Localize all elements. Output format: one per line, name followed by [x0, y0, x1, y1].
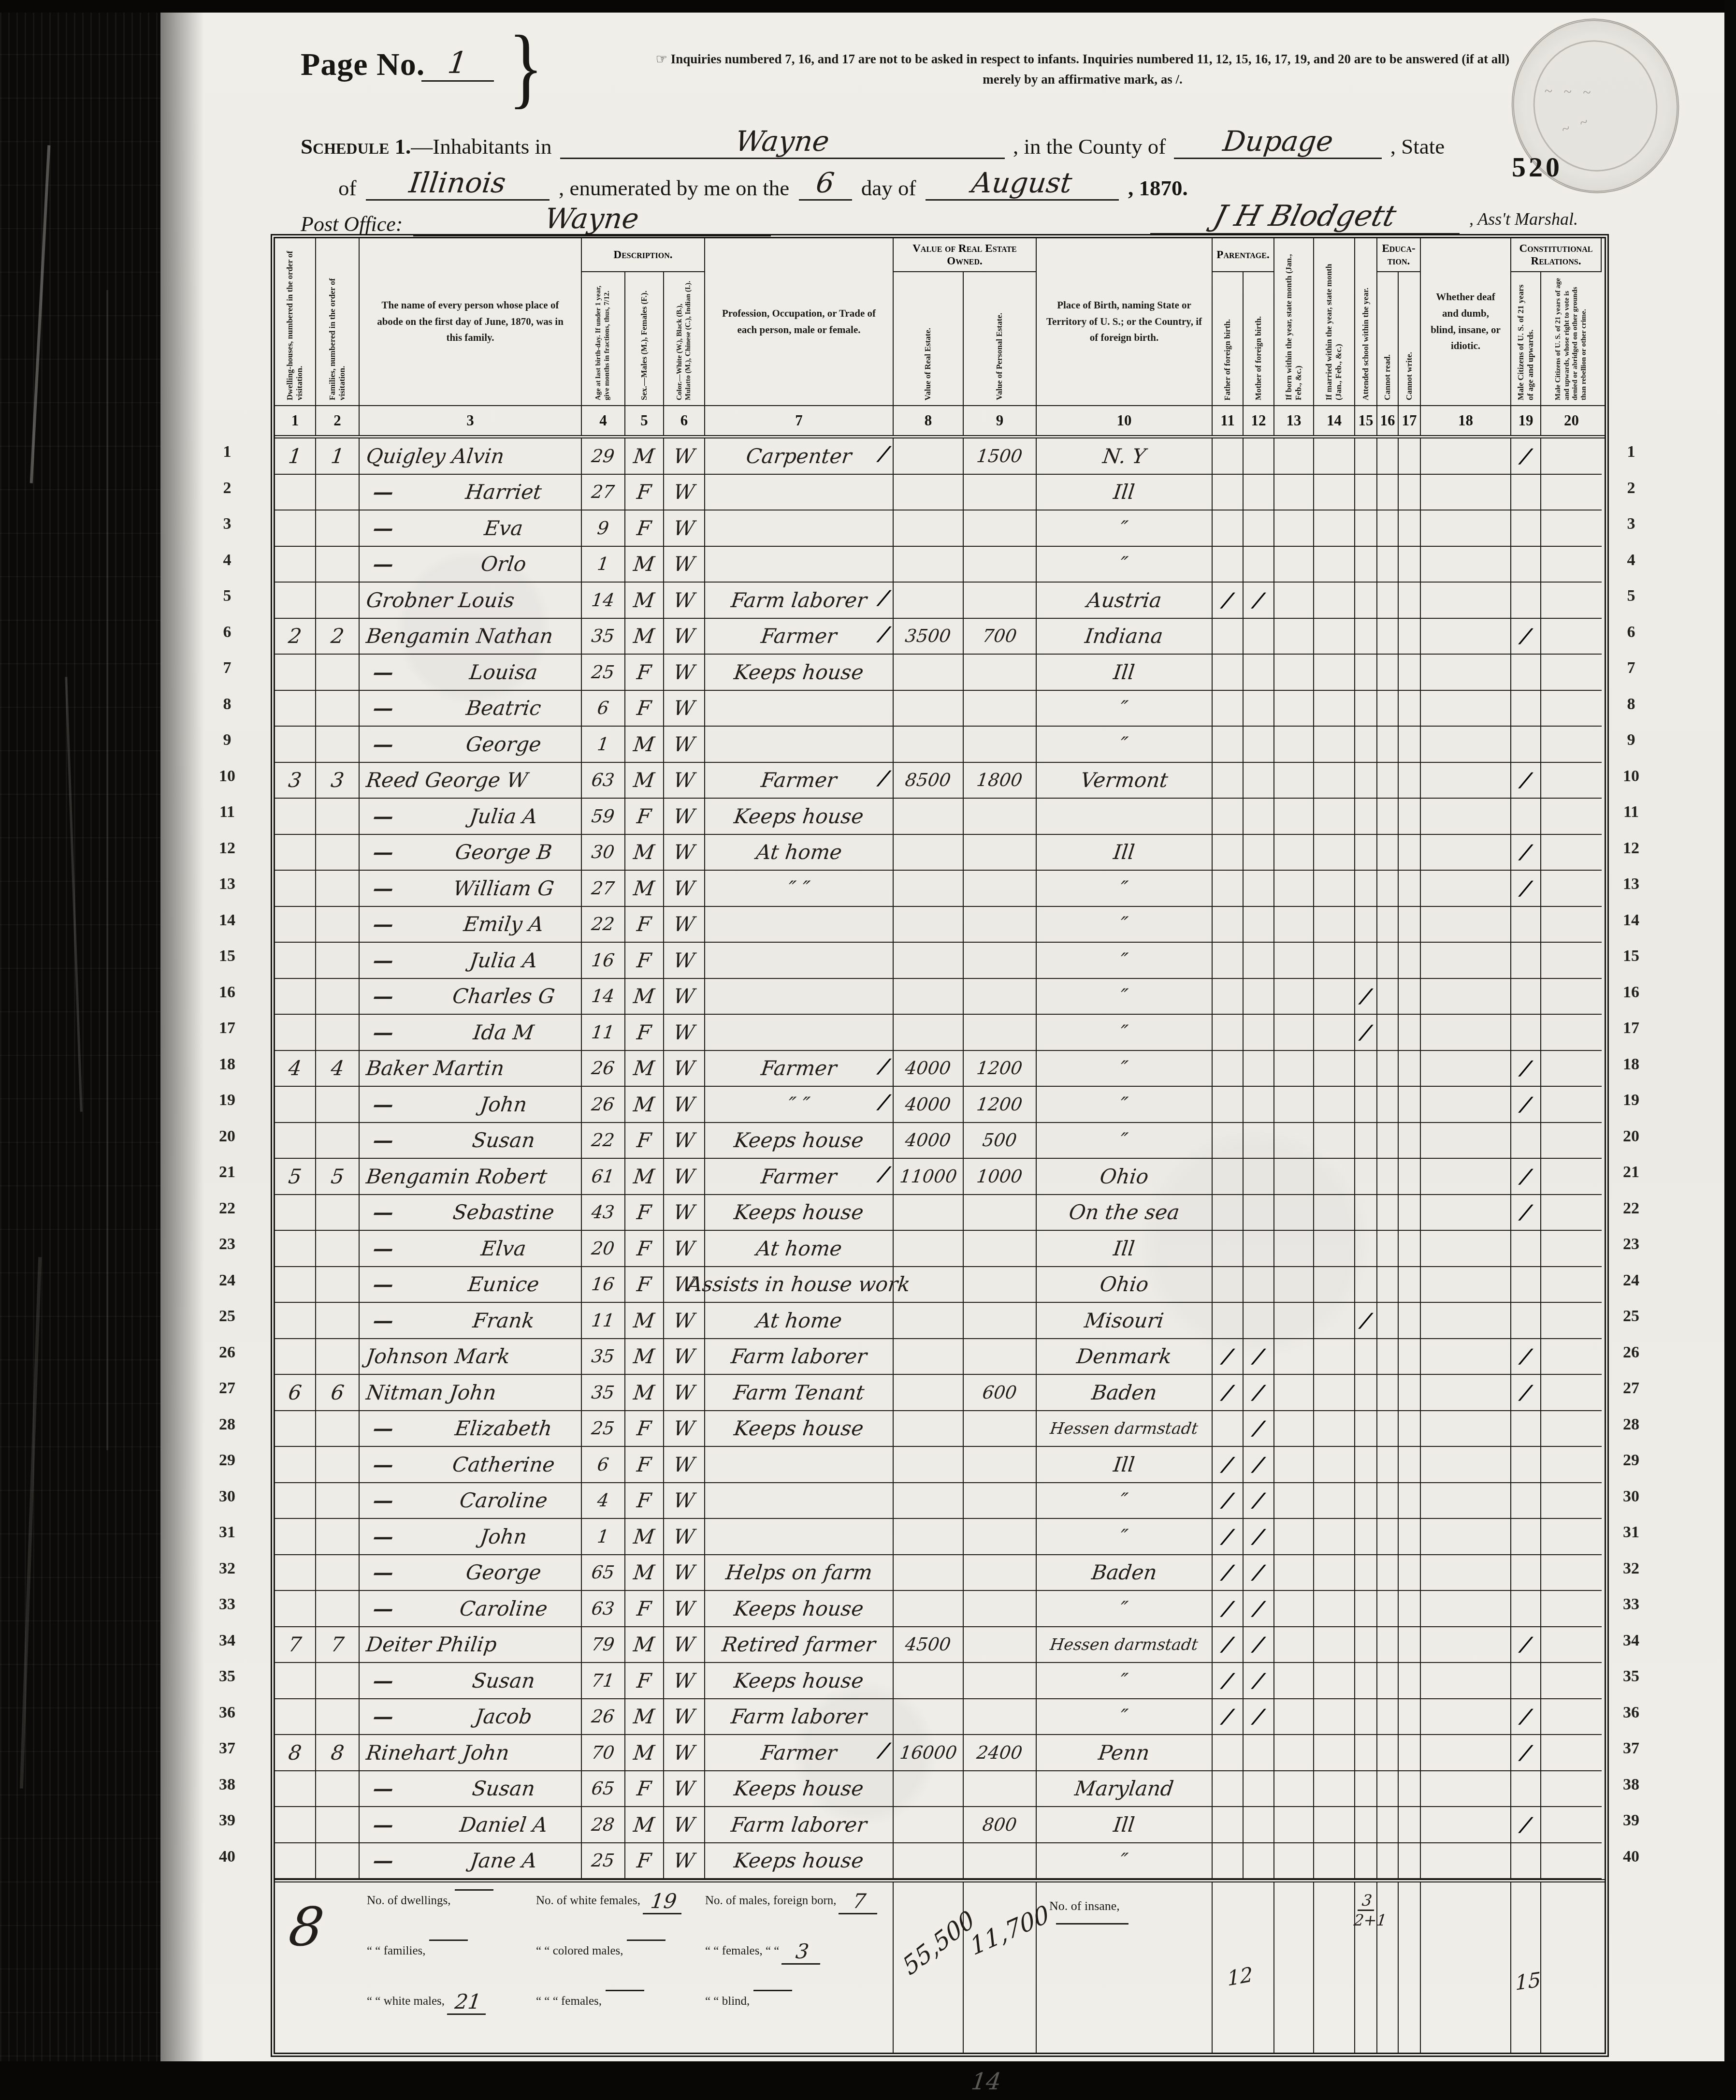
table-row: —Caroline4FW″// [275, 1483, 1605, 1519]
cell-mother-foreign [1244, 1303, 1274, 1339]
occupation-tick: / [877, 442, 892, 465]
cell-father-foreign-text: / [1220, 1381, 1235, 1404]
cell-birthplace-text: Indiana [1084, 624, 1164, 648]
cell-occupation-text: Keeps house [733, 1669, 865, 1692]
person-name: Elva [425, 1237, 582, 1260]
cell-name: —Elva [360, 1231, 582, 1267]
cell-sex: F [625, 1447, 664, 1483]
binding-scratch [106, 290, 108, 1450]
cell-male-citizen-denied [1541, 1123, 1602, 1159]
cell-deaf-dumb [1421, 619, 1511, 655]
cell-family [316, 1015, 360, 1051]
cell-mother-foreign: / [1244, 1663, 1274, 1699]
cell-cannot-read [1377, 1015, 1399, 1051]
cell-sex-text: F [636, 1416, 652, 1440]
cell-cannot-write [1399, 1123, 1421, 1159]
table-row: —Emily A22FW″ [275, 907, 1605, 943]
left-line-number: 21 [205, 1163, 249, 1181]
cell-attended-school [1355, 547, 1377, 583]
group-header: Value of Real Estate Owned. [894, 238, 1037, 272]
family-member-dash: — [365, 552, 428, 576]
left-line-number: 40 [205, 1848, 249, 1866]
cell-sex-text: F [636, 1272, 652, 1296]
footer-tally-item: No. of dwellings, [367, 1894, 536, 1944]
cell-mother-foreign [1244, 835, 1274, 871]
cell-attended-school [1355, 727, 1377, 763]
cell-real-estate [894, 1555, 964, 1591]
cell-male-citizen-denied [1541, 979, 1602, 1015]
person-name: Ida M [425, 1021, 582, 1044]
table-row: —Eunice16FWAssists in house workOhio [275, 1267, 1605, 1303]
cell-attended-school: / [1355, 979, 1377, 1015]
cell-male-citizen: / [1511, 1051, 1541, 1087]
cell-name: —Caroline [360, 1483, 582, 1519]
cell-color-text: W [672, 1021, 696, 1044]
cell-age-text: 35 [591, 1382, 616, 1403]
cell-age: 25 [582, 1411, 625, 1447]
occupation-tick: / [877, 1163, 892, 1185]
cell-age: 6 [582, 1447, 625, 1483]
cell-birthplace: Ill [1037, 655, 1213, 691]
cell-real-estate: 11000 [894, 1159, 964, 1195]
cell-dwelling [275, 655, 316, 691]
cell-cannot-read [1377, 475, 1399, 511]
footer-tallies: 8 No. of dwellings,No. of white females,… [275, 1882, 894, 2053]
cell-mother-foreign [1244, 1087, 1274, 1123]
table-row: 55Bengamin Robert61MWFarmer/110001000Ohi… [275, 1159, 1605, 1195]
cell-father-foreign [1213, 1231, 1244, 1267]
cell-attended-school [1355, 799, 1377, 835]
cell-married-month [1314, 1447, 1355, 1483]
cell-personal-estate [964, 475, 1037, 511]
cell-occupation [705, 691, 894, 727]
cell-attended-school [1355, 1807, 1377, 1843]
cell-real-estate-text: 4000 [904, 1094, 952, 1115]
cell-mother-foreign [1244, 1771, 1274, 1808]
table-body: 11Quigley Alvin29MWCarpenter/1500N. Y/—H… [275, 438, 1605, 1879]
family-member-dash: — [365, 1813, 428, 1837]
cell-married-month [1314, 1231, 1355, 1267]
note-line2: merely by an affirmative mark, as /. [983, 72, 1182, 87]
column-header-8: Value of Real Estate. [894, 272, 964, 405]
cell-mother-foreign [1244, 1267, 1274, 1303]
cell-birthplace-text: Ohio [1099, 1165, 1150, 1188]
cell-color-text: W [672, 1093, 696, 1116]
cell-occupation-text: Farmer [760, 1165, 838, 1188]
cell-name: Grobner Louis [360, 583, 582, 619]
occupation-tick: / [877, 1055, 892, 1078]
cell-cannot-write [1399, 1699, 1421, 1735]
page-no-value: 1 [446, 45, 469, 80]
footer-tally-item: “ “ “ females, [536, 1995, 705, 2045]
cell-attended-school [1355, 691, 1377, 727]
cell-age: 35 [582, 1339, 625, 1375]
cell-cannot-write [1399, 619, 1421, 655]
cell-occupation-text: Keeps house [733, 1597, 865, 1620]
cell-color: W [664, 907, 705, 943]
cell-occupation: At home [705, 1303, 894, 1339]
footer-tally-label: “ “ white males, [367, 1995, 445, 2008]
cell-father-foreign [1213, 1735, 1244, 1771]
family-member-dash: — [365, 696, 428, 720]
cell-occupation-text: Farmer [760, 768, 838, 792]
cell-name: —Caroline [360, 1591, 582, 1627]
cell-male-citizen-text: / [1519, 1057, 1533, 1079]
cell-name: Deiter Philip [360, 1627, 582, 1663]
cell-deaf-dumb [1421, 1159, 1511, 1195]
cell-occupation [705, 475, 894, 511]
day-value: 6 [814, 166, 836, 199]
footer-tally-item: “ “ colored males, [536, 1944, 705, 1995]
cell-family [316, 1123, 360, 1159]
cell-color-text: W [672, 1813, 696, 1837]
cell-color: W [664, 1303, 705, 1339]
cell-sex-text: F [636, 1128, 652, 1152]
cell-birthplace: Ill [1037, 475, 1213, 511]
day-underline: 6 [799, 168, 852, 201]
cell-cannot-read [1377, 1123, 1399, 1159]
family-member-dash: — [365, 1525, 428, 1548]
person-name: Caroline [425, 1488, 582, 1512]
right-line-number: 19 [1609, 1091, 1653, 1109]
cell-real-estate [894, 438, 964, 475]
cell-sex: F [625, 1231, 664, 1267]
cell-occupation: Assists in house work [705, 1267, 894, 1303]
cell-color: W [664, 1051, 705, 1087]
cell-married-month [1314, 1267, 1355, 1303]
cell-deaf-dumb [1421, 1231, 1511, 1267]
cell-birthplace: Indiana [1037, 619, 1213, 655]
right-line-number: 22 [1609, 1199, 1653, 1218]
cell-mother-foreign-text: / [1251, 1489, 1266, 1512]
right-line-number: 36 [1609, 1704, 1653, 1722]
cell-dwelling [275, 1519, 316, 1555]
cell-color: W [664, 1807, 705, 1843]
cell-sex-text: M [632, 1344, 656, 1368]
cell-male-citizen [1511, 583, 1541, 619]
cell-male-citizen [1511, 1519, 1541, 1555]
table-row: Grobner Louis14MWFarm laborer/Austria// [275, 583, 1605, 619]
cell-occupation-text: Farm laborer [730, 588, 868, 612]
cell-father-foreign [1213, 1303, 1244, 1339]
table-row: 77Deiter Philip79MWRetired farmer4500Hes… [275, 1627, 1605, 1663]
cell-mother-foreign [1244, 907, 1274, 943]
cell-color-text: W [672, 1560, 696, 1584]
footer-cell-16 [1377, 1882, 1399, 2053]
cell-birthplace-text: ″ [1119, 984, 1129, 1008]
cell-male-citizen-denied [1541, 1411, 1602, 1447]
cell-occupation-text: ″ ″ [787, 876, 811, 900]
dayof-text: day of [861, 176, 916, 200]
right-line-number: 15 [1609, 947, 1653, 965]
cell-name: —Susan [360, 1663, 582, 1699]
table-row: —Frank11MWAt homeMisouri/ [275, 1303, 1605, 1339]
cell-age-text: 35 [591, 1346, 616, 1367]
cell-occupation: Farm laborer [705, 1339, 894, 1375]
cell-dwelling: 1 [275, 438, 316, 475]
scan-edge-right [1724, 0, 1736, 2100]
cell-birthplace-text: Ill [1112, 1813, 1136, 1837]
cell-cannot-write [1399, 835, 1421, 871]
cell-cannot-read [1377, 727, 1399, 763]
cell-real-estate [894, 1519, 964, 1555]
cell-male-citizen [1511, 1447, 1541, 1483]
cell-occupation: Farm laborer/ [705, 583, 894, 619]
column-number-12: 12 [1244, 406, 1274, 435]
column-number-3: 3 [360, 406, 582, 435]
cell-born-month [1274, 1195, 1314, 1231]
cell-personal-estate [964, 1699, 1037, 1735]
column-header-14: If married within the year, state month … [1314, 238, 1355, 405]
cell-cannot-write [1399, 1807, 1421, 1843]
cell-male-citizen-denied [1541, 871, 1602, 907]
person-name: Susan [425, 1777, 582, 1800]
cell-occupation [705, 943, 894, 979]
cell-occupation-text: Helps on farm [724, 1560, 874, 1584]
cell-real-estate-text: 11000 [898, 1166, 958, 1187]
cell-color-text: W [672, 1777, 696, 1800]
cell-age: 65 [582, 1555, 625, 1591]
footer-tally-label: “ “ females, “ “ [705, 1944, 779, 1958]
cell-real-estate-text: 16000 [898, 1742, 958, 1763]
person-name: Catherine [425, 1453, 582, 1476]
footer-tally-label: No. of white females, [536, 1894, 640, 1908]
cell-name: —John [360, 1519, 582, 1555]
person-name: Jane A [425, 1849, 582, 1872]
person-name: Beatric [425, 696, 582, 720]
cell-male-citizen: / [1511, 1735, 1541, 1771]
cell-birthplace-text: ″ [1119, 1056, 1129, 1080]
cell-born-month [1274, 619, 1314, 655]
cell-born-month [1274, 763, 1314, 799]
cell-personal-estate: 2400 [964, 1735, 1037, 1771]
cell-occupation [705, 1519, 894, 1555]
column-header-text: Cannot read. [1383, 354, 1392, 400]
cell-personal-estate [964, 1555, 1037, 1591]
signature-underline: J H Blodgett [1150, 191, 1460, 234]
cell-age-text: 16 [591, 1274, 616, 1295]
cell-personal-estate: 800 [964, 1807, 1037, 1843]
cell-age-text: 29 [591, 446, 616, 467]
cell-father-foreign [1213, 1411, 1244, 1447]
right-line-number: 17 [1609, 1019, 1653, 1037]
cell-male-citizen-denied [1541, 1339, 1602, 1375]
cell-born-month [1274, 1663, 1314, 1699]
cell-sex-text: M [632, 1056, 656, 1080]
cell-occupation: Farm laborer [705, 1807, 894, 1843]
cell-real-estate-text: 4500 [904, 1634, 952, 1655]
cell-birthplace: Baden [1037, 1375, 1213, 1411]
cell-deaf-dumb [1421, 1087, 1511, 1123]
cell-age: 26 [582, 1699, 625, 1735]
cell-cannot-write [1399, 1447, 1421, 1483]
cell-sex: F [625, 691, 664, 727]
person-name: Emily A [425, 912, 582, 936]
cell-occupation-text: Farm Tenant [732, 1381, 866, 1404]
cell-mother-foreign [1244, 438, 1274, 475]
cell-mother-foreign [1244, 619, 1274, 655]
cell-age-text: 61 [591, 1166, 616, 1187]
table-row: —Ida M11FW″/ [275, 1015, 1605, 1051]
cell-personal-estate [964, 727, 1037, 763]
cell-real-estate [894, 1339, 964, 1375]
cell-age-text: 11 [591, 1022, 616, 1043]
cell-male-citizen-text: / [1519, 625, 1533, 647]
cell-real-estate [894, 1447, 964, 1483]
left-line-number: 12 [205, 839, 249, 858]
cell-born-month [1274, 835, 1314, 871]
cell-family [316, 583, 360, 619]
cell-cannot-read [1377, 691, 1399, 727]
column-header-9: Value of Personal Estate. [964, 272, 1037, 405]
cell-cannot-write [1399, 1735, 1421, 1771]
post-office-label: Post Office: [301, 212, 403, 236]
cell-dwelling [275, 1699, 316, 1735]
cell-sex-text: F [636, 1488, 652, 1512]
cell-born-month [1274, 655, 1314, 691]
cell-cannot-read [1377, 438, 1399, 475]
cell-mother-foreign-text: / [1251, 1669, 1266, 1692]
footer-tally-value: 3 [781, 1940, 823, 1965]
cell-deaf-dumb [1421, 1483, 1511, 1519]
column-header-text: Male Citizens of U. S. of 21 years of ag… [1554, 277, 1589, 400]
cell-age: 1 [582, 547, 625, 583]
cell-attended-school [1355, 1087, 1377, 1123]
footer-tally-value [627, 1940, 665, 1941]
cell-personal-estate [964, 1231, 1037, 1267]
cell-birthplace [1037, 799, 1213, 835]
column-header-12: Mother of foreign birth. [1244, 272, 1274, 405]
cell-deaf-dumb [1421, 835, 1511, 871]
cell-sex: F [625, 1123, 664, 1159]
cell-born-month [1274, 691, 1314, 727]
footer-tally-value: 7 [839, 1889, 880, 1914]
cell-cannot-read [1377, 1771, 1399, 1808]
footer-cell-parentage: 12 [1213, 1882, 1274, 2053]
cell-male-citizen-text: / [1519, 769, 1533, 791]
right-line-number: 2 [1609, 479, 1653, 497]
footer-tally-item: No. of males, foreign born,7 [705, 1894, 889, 1944]
cell-male-citizen [1511, 907, 1541, 943]
left-line-number: 39 [205, 1811, 249, 1830]
table-row: —George65MWHelps on farmBaden// [275, 1555, 1605, 1591]
cell-father-foreign: / [1213, 1699, 1244, 1735]
cell-name: —Emily A [360, 907, 582, 943]
cell-father-foreign: / [1213, 1483, 1244, 1519]
cell-married-month [1314, 1663, 1355, 1699]
cell-cannot-write [1399, 438, 1421, 475]
cell-attended-school-text: / [1359, 1021, 1373, 1044]
cell-deaf-dumb [1421, 943, 1511, 979]
table-row: 44Baker Martin26MWFarmer/40001200″/ [275, 1051, 1605, 1087]
cell-birthplace: Penn [1037, 1735, 1213, 1771]
cell-married-month [1314, 1735, 1355, 1771]
cell-mother-foreign [1244, 1051, 1274, 1087]
column-header-text: Families, numbered in the order of visit… [328, 243, 347, 400]
right-line-number: 32 [1609, 1560, 1653, 1578]
cell-sex-text: M [632, 1741, 656, 1765]
cell-occupation-text: Keeps house [733, 1128, 865, 1152]
cell-occupation-text: Farmer [760, 624, 838, 648]
cell-dwelling-text: 6 [287, 1381, 303, 1404]
cell-male-citizen-denied [1541, 1519, 1602, 1555]
cell-color: W [664, 799, 705, 835]
cell-occupation-text: Keeps house [733, 804, 865, 828]
column-header-text: If married within the year, state month … [1324, 243, 1344, 400]
cell-sex: M [625, 1339, 664, 1375]
left-line-number: 9 [205, 731, 249, 749]
cell-mother-foreign [1244, 1123, 1274, 1159]
cell-male-citizen-text: / [1519, 1381, 1533, 1404]
cell-family: 4 [316, 1051, 360, 1087]
footer-margin-number: 8 [286, 1896, 327, 1958]
person-name: Susan [425, 1669, 582, 1692]
cell-male-citizen [1511, 1015, 1541, 1051]
cell-occupation: Keeps house [705, 1663, 894, 1699]
cell-occupation [705, 727, 894, 763]
cell-birthplace-text: ″ [1119, 732, 1129, 756]
cell-real-estate [894, 1771, 964, 1808]
cell-dwelling [275, 1231, 316, 1267]
cell-age: 26 [582, 1087, 625, 1123]
cell-color-text: W [672, 1416, 696, 1440]
column-number-4: 4 [582, 406, 625, 435]
cell-birthplace-text: Ill [1112, 840, 1136, 864]
column-header-6: Color.—White (W.), Black (B.), Mulatto (… [664, 272, 705, 405]
cell-married-month [1314, 1015, 1355, 1051]
cell-occupation: Farmer/ [705, 1735, 894, 1771]
school-total-top: 3 [1358, 1891, 1376, 1911]
footer-tally-label: “ “ colored males, [536, 1944, 623, 1958]
cell-married-month [1314, 1843, 1355, 1880]
cell-deaf-dumb [1421, 1123, 1511, 1159]
cell-color: W [664, 475, 705, 511]
cell-age: 25 [582, 1843, 625, 1880]
cell-male-citizen [1511, 475, 1541, 511]
column-header-18: Whether deaf and dumb, blind, insane, or… [1421, 238, 1511, 405]
cell-dwelling: 8 [275, 1735, 316, 1771]
cell-married-month [1314, 1699, 1355, 1735]
cell-personal-estate: 1000 [964, 1159, 1037, 1195]
cell-color: W [664, 1591, 705, 1627]
cell-male-citizen-denied [1541, 1015, 1602, 1051]
table-row: —Eva9FW″ [275, 510, 1605, 547]
right-line-number: 12 [1609, 839, 1653, 858]
cell-attended-school: / [1355, 1015, 1377, 1051]
group-header: Parentage. [1213, 238, 1274, 272]
school-total-detail: 2+1 [1353, 1911, 1376, 1929]
column-header-text: Color.—White (W.), Black (B.), Mulatto (… [676, 277, 693, 400]
table-row: —Jacob26MWFarm laborer″/// [275, 1699, 1605, 1735]
right-line-number: 20 [1609, 1127, 1653, 1146]
left-line-number: 10 [205, 767, 249, 786]
cell-male-citizen-text: / [1519, 841, 1533, 863]
left-line-number: 26 [205, 1343, 249, 1362]
cell-occupation-text: Keeps house [733, 1777, 865, 1800]
cell-male-citizen-denied [1541, 1447, 1602, 1483]
family-member-dash: — [365, 948, 428, 972]
cell-male-citizen-denied [1541, 1483, 1602, 1519]
cell-deaf-dumb [1421, 438, 1511, 475]
column-header-10: Place of Birth, naming State or Territor… [1037, 238, 1213, 405]
footer-cell-19: 15 [1511, 1882, 1541, 2053]
cell-name: Quigley Alvin [360, 438, 582, 475]
cell-dwelling: 5 [275, 1159, 316, 1195]
cell-male-citizen: / [1511, 619, 1541, 655]
cell-birthplace: Denmark [1037, 1339, 1213, 1375]
column-headers: Description.Value of Real Estate Owned.P… [275, 238, 1605, 405]
cell-occupation-text: Keeps house [733, 660, 865, 684]
